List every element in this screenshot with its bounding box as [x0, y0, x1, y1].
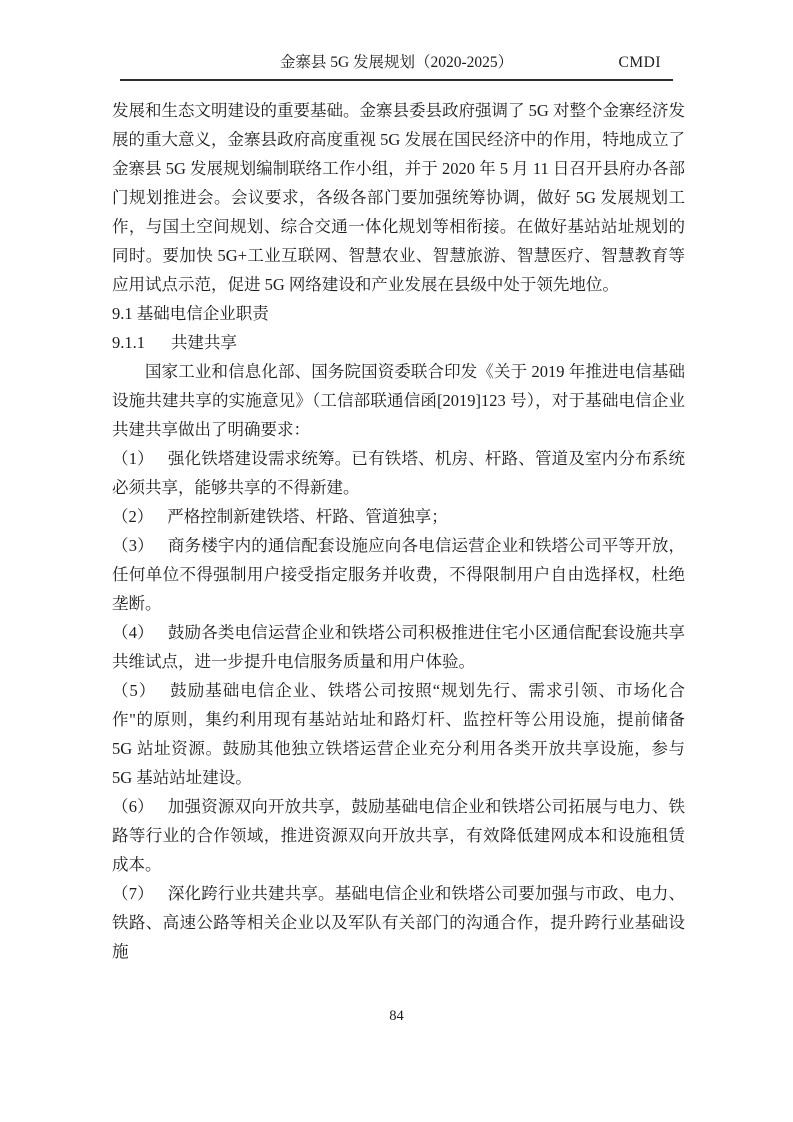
list-item-text: 深化跨行业共建共享。基础电信企业和铁塔公司要加强与市政、电力、铁路、高速公路等相… — [112, 884, 685, 961]
document-body: 发展和生态文明建设的重要基础。金寨县委县政府强调了 5G 对整个金寨经济发展的重… — [112, 96, 685, 966]
subsection-title: 共建共享 — [171, 333, 237, 352]
header-document-title: 金寨县 5G 发展规划（2020-2025） — [120, 52, 673, 74]
list-item-3: （3）商务楼宇内的通信配套设施应向各电信运营企业和铁塔公司平等开放，任何单位不得… — [112, 531, 685, 618]
page-header: 金寨县 5G 发展规划（2020-2025） CMDI — [120, 52, 673, 74]
paragraph-continuation: 发展和生态文明建设的重要基础。金寨县委县政府强调了 5G 对整个金寨经济发展的重… — [112, 96, 685, 299]
list-item-6: （6）加强资源双向开放共享，鼓励基础电信企业和铁塔公司拓展与电力、铁路等行业的合… — [112, 792, 685, 879]
list-item-5: （5）鼓励基础电信企业、铁塔公司按照“规划先行、需求引领、市场化合作"的原则，集… — [112, 676, 685, 792]
subsection-number: 9.1.1 — [112, 333, 145, 352]
list-item-1: （1）强化铁塔建设需求统筹。已有铁塔、机房、杆路、管道及室内分布系统必须共享，能… — [112, 444, 685, 502]
header-rule — [120, 79, 673, 81]
section-heading-9-1: 9.1 基础电信企业职责 — [112, 299, 685, 328]
list-item-text: 商务楼宇内的通信配套设施应向各电信运营企业和铁塔公司平等开放，任何单位不得强制用… — [112, 536, 685, 613]
list-item-number: （3） — [112, 536, 154, 555]
list-item-text: 强化铁塔建设需求统筹。已有铁塔、机房、杆路、管道及室内分布系统必须共享，能够共享… — [112, 449, 685, 497]
list-item-number: （6） — [112, 797, 154, 816]
list-item-text: 严格控制新建铁塔、杆路、管道独享； — [167, 507, 448, 526]
header-brand: CMDI — [619, 52, 661, 74]
list-item-number: （2） — [112, 507, 153, 526]
document-page: 金寨县 5G 发展规划（2020-2025） CMDI 发展和生态文明建设的重要… — [0, 0, 793, 1122]
list-item-text: 鼓励基础电信企业、铁塔公司按照“规划先行、需求引领、市场化合作"的原则，集约利用… — [112, 681, 685, 787]
intro-paragraph: 国家工业和信息化部、国务院国资委联合印发《关于 2019 年推进电信基础设施共建… — [112, 357, 685, 444]
page-number: 84 — [0, 1008, 793, 1025]
list-item-2: （2）严格控制新建铁塔、杆路、管道独享； — [112, 502, 685, 531]
list-item-7: （7）深化跨行业共建共享。基础电信企业和铁塔公司要加强与市政、电力、铁路、高速公… — [112, 879, 685, 966]
list-item-text: 鼓励各类电信运营企业和铁塔公司积极推进住宅小区通信配套设施共享共维试点，进一步提… — [112, 623, 685, 671]
list-item-4: （4）鼓励各类电信运营企业和铁塔公司积极推进住宅小区通信配套设施共享共维试点，进… — [112, 618, 685, 676]
list-item-text: 加强资源双向开放共享，鼓励基础电信企业和铁塔公司拓展与电力、铁路等行业的合作领域… — [112, 797, 685, 874]
list-item-number: （1） — [112, 449, 154, 468]
list-item-number: （5） — [112, 681, 156, 700]
subsection-heading-9-1-1: 9.1.1共建共享 — [112, 328, 685, 357]
list-item-number: （4） — [112, 623, 154, 642]
list-item-number: （7） — [112, 884, 154, 903]
